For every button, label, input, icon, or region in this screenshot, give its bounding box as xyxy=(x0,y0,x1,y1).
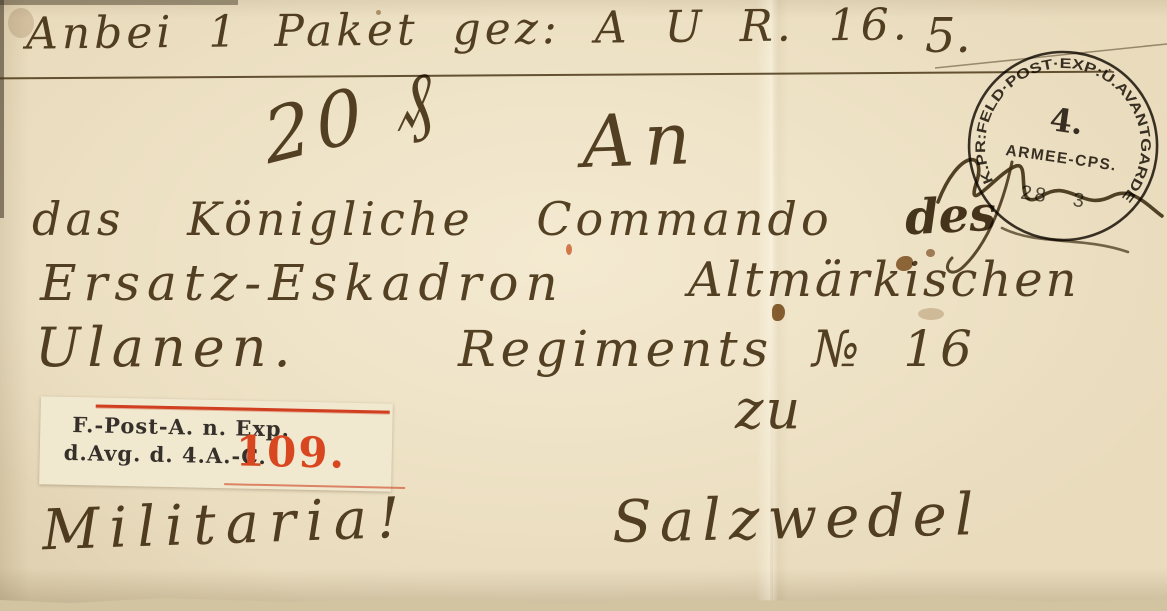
ink-speck xyxy=(376,10,381,15)
paper-stain xyxy=(8,8,34,38)
label-number: 109. xyxy=(235,426,346,477)
weight-note: 20 ₰ xyxy=(259,53,445,183)
annotation-underline xyxy=(0,71,1112,80)
address-line-4: zu xyxy=(735,378,802,441)
destination-city: Salzwedel xyxy=(611,480,982,556)
ink-blot xyxy=(772,304,785,321)
address-line-2-right: Altmärkischen xyxy=(688,252,1080,308)
ink-blot xyxy=(918,308,944,320)
top-right-number: 5. xyxy=(925,8,971,64)
postmark-stamp-graphic: K.PR:FELD·POST·EXP:Ü.AVANTGARDE 4. ARMEE… xyxy=(945,30,1167,262)
postmark-stamp: K.PR:FELD·POST·EXP:Ü.AVANTGARDE 4. ARMEE… xyxy=(945,30,1167,262)
postmark-date: 28 3 xyxy=(1019,182,1088,213)
top-annotation: Anbei 1 Paket gez: A U R. 16. xyxy=(26,0,911,60)
address-line-3-right: Regiments № 16 xyxy=(458,320,977,378)
paper-edge xyxy=(0,0,4,218)
address-line-2: Ersatz-Eskadron xyxy=(40,254,565,312)
parcel-label: F.-Post-A. n. Exp. d.Avg. d. 4.A.-C. 109… xyxy=(39,396,393,491)
paper-edge xyxy=(0,0,238,5)
postmark-unit-text: ARMEE-CPS. xyxy=(1005,142,1119,174)
ink-fleck xyxy=(566,244,572,255)
label-red-rule-bottom xyxy=(224,483,405,489)
postmark-ring xyxy=(957,40,1167,252)
postmark-corps-number: 4. xyxy=(1047,100,1085,142)
militaria-note: Militaria! xyxy=(41,486,411,564)
label-red-rule-top xyxy=(96,404,390,413)
address-line-1: das Königliche Commando xyxy=(32,192,833,246)
ink-blot xyxy=(926,249,935,257)
postal-cover: Anbei 1 Paket gez: A U R. 16. 5. 20 ₰ An… xyxy=(0,0,1167,611)
address-salutation: An xyxy=(581,96,702,184)
paper-torn-edge xyxy=(0,591,1167,611)
address-line-3: Ulanen. xyxy=(35,316,298,379)
